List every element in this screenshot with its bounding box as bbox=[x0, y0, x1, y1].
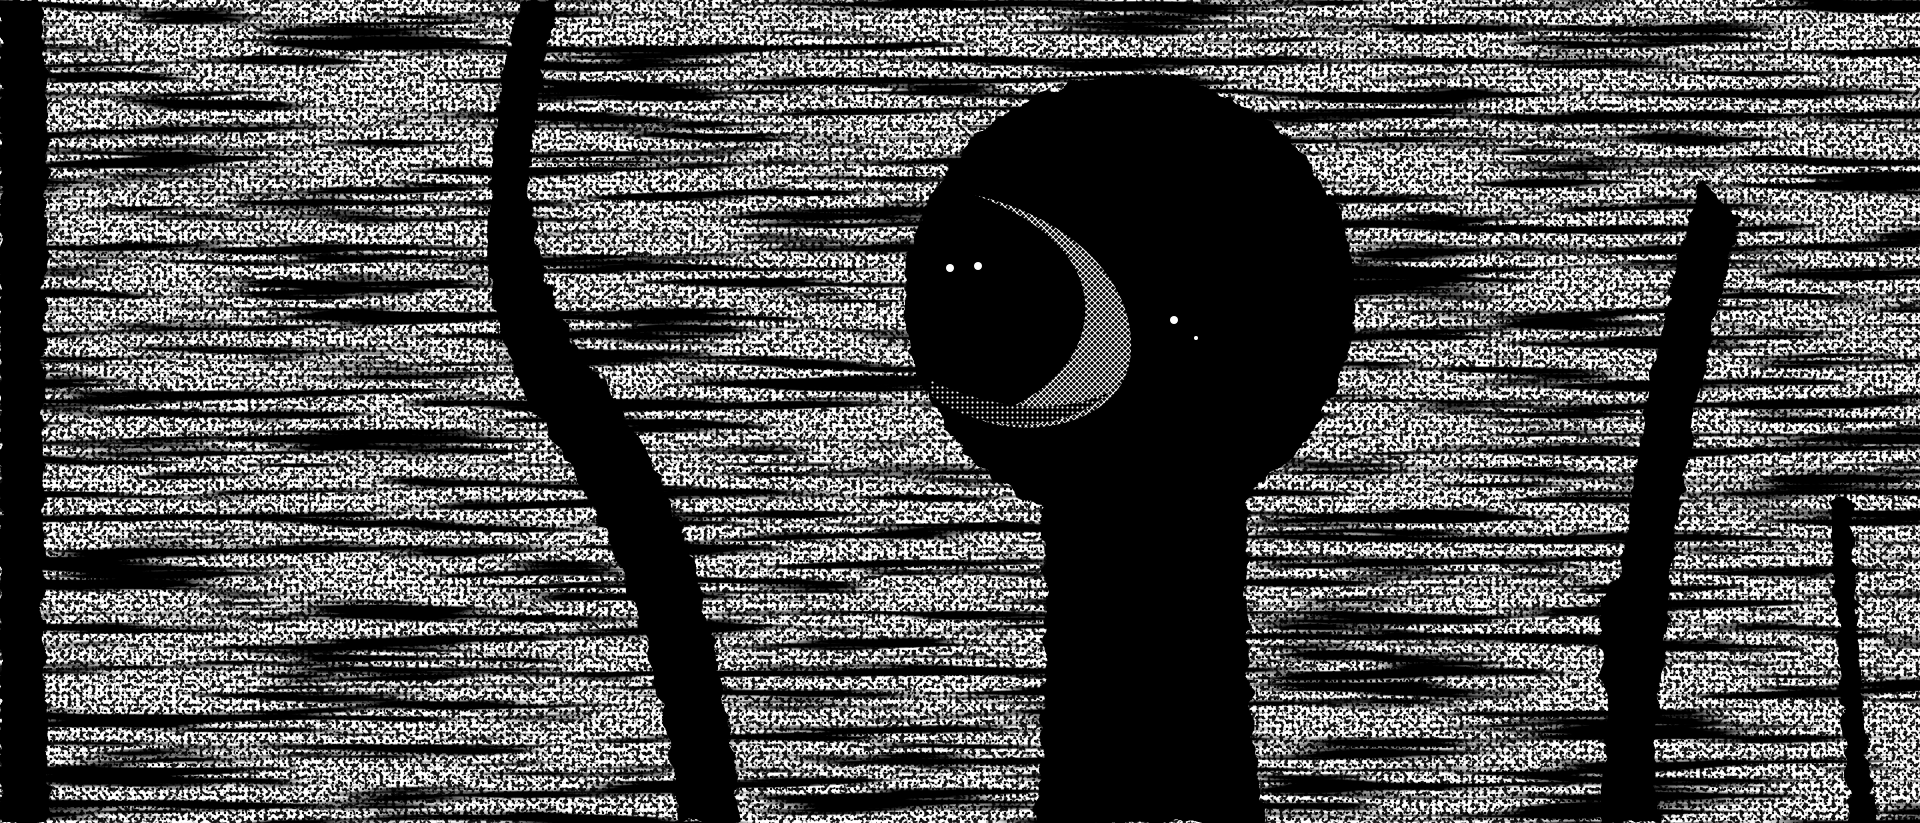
bark-and-keyhole-art bbox=[0, 0, 1920, 823]
eye-highlight bbox=[974, 262, 982, 270]
dithered-illustration bbox=[0, 0, 1920, 823]
eye-highlight bbox=[1170, 316, 1178, 324]
eye-highlight bbox=[946, 264, 954, 272]
eye-highlight bbox=[1194, 336, 1198, 340]
